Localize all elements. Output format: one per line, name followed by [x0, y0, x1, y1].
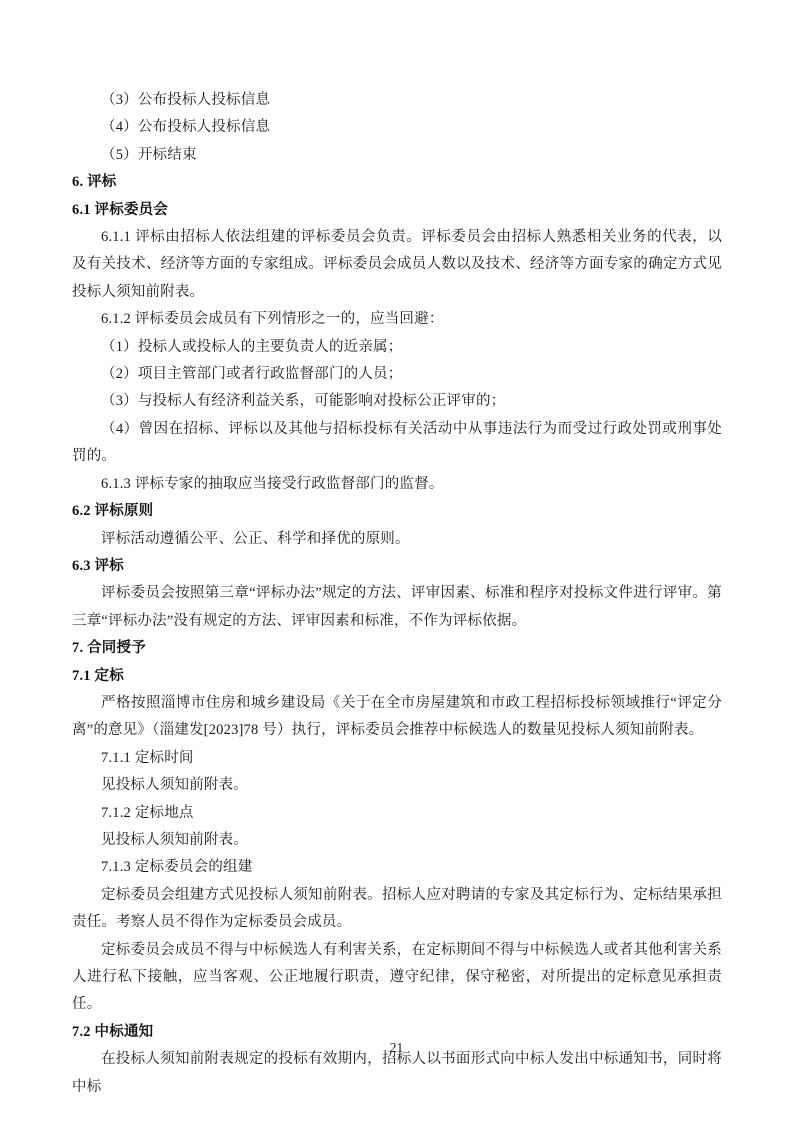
avoid-item-2: （2）项目主管部门或者行政监督部门的人员； [72, 361, 722, 388]
para-6-1-1: 6.1.1 评标由招标人依法组建的评标委员会负责。评标委员会由招标人熟悉相关业务… [72, 224, 722, 306]
para-7-1: 严格按照淄博市住房和城乡建设局《关于在全市房屋建筑和市政工程招标投标领域推行“评… [72, 690, 722, 745]
para-7-1-3-body-2: 定标委员会成员不得与中标候选人有利害关系，在定标期间不得与中标候选人或者其他利害… [72, 937, 722, 1019]
document-page: （3）公布投标人投标信息 （4）公布投标人投标信息 （5）开标结束 6. 评标 … [0, 0, 793, 1122]
avoid-item-1: （1）投标人或投标人的主要负责人的近亲属； [72, 334, 722, 361]
list-item-3: （3）公布投标人投标信息 [72, 87, 722, 114]
page-number: 21 [0, 1038, 793, 1058]
heading-7-1: 7.1 定标 [72, 663, 722, 690]
para-6-3: 评标委员会按照第三章“评标办法”规定的方法、评审因素、标准和程序对投标文件进行评… [72, 580, 722, 635]
heading-6-1: 6.1 评标委员会 [72, 197, 722, 224]
heading-6: 6. 评标 [72, 169, 722, 196]
para-7-1-1-title: 7.1.1 定标时间 [72, 745, 722, 772]
para-6-2: 评标活动遵循公平、公正、科学和择优的原则。 [72, 526, 722, 553]
heading-6-3: 6.3 评标 [72, 553, 722, 580]
avoid-item-4: （4）曾因在招标、评标以及其他与招标投标有关活动中从事违法行为而受过行政处罚或刑… [72, 416, 722, 471]
para-7-1-3-title: 7.1.3 定标委员会的组建 [72, 854, 722, 881]
document-body: （3）公布投标人投标信息 （4）公布投标人投标信息 （5）开标结束 6. 评标 … [72, 87, 722, 1101]
list-item-4: （4）公布投标人投标信息 [72, 114, 722, 141]
avoid-item-3: （3）与投标人有经济利益关系，可能影响对投标公正评审的； [72, 388, 722, 415]
list-item-5: （5）开标结束 [72, 142, 722, 169]
para-7-1-1-body: 见投标人须知前附表。 [72, 772, 722, 799]
heading-7: 7. 合同授予 [72, 635, 722, 662]
heading-6-2: 6.2 评标原则 [72, 498, 722, 525]
para-7-1-3-body-1: 定标委员会组建方式见投标人须知前附表。招标人应对聘请的专家及其定标行为、定标结果… [72, 882, 722, 937]
para-7-1-2-body: 见投标人须知前附表。 [72, 827, 722, 854]
para-6-1-2: 6.1.2 评标委员会成员有下列情形之一的，应当回避： [72, 306, 722, 333]
para-7-1-2-title: 7.1.2 定标地点 [72, 800, 722, 827]
para-6-1-3: 6.1.3 评标专家的抽取应当接受行政监督部门的监督。 [72, 471, 722, 498]
